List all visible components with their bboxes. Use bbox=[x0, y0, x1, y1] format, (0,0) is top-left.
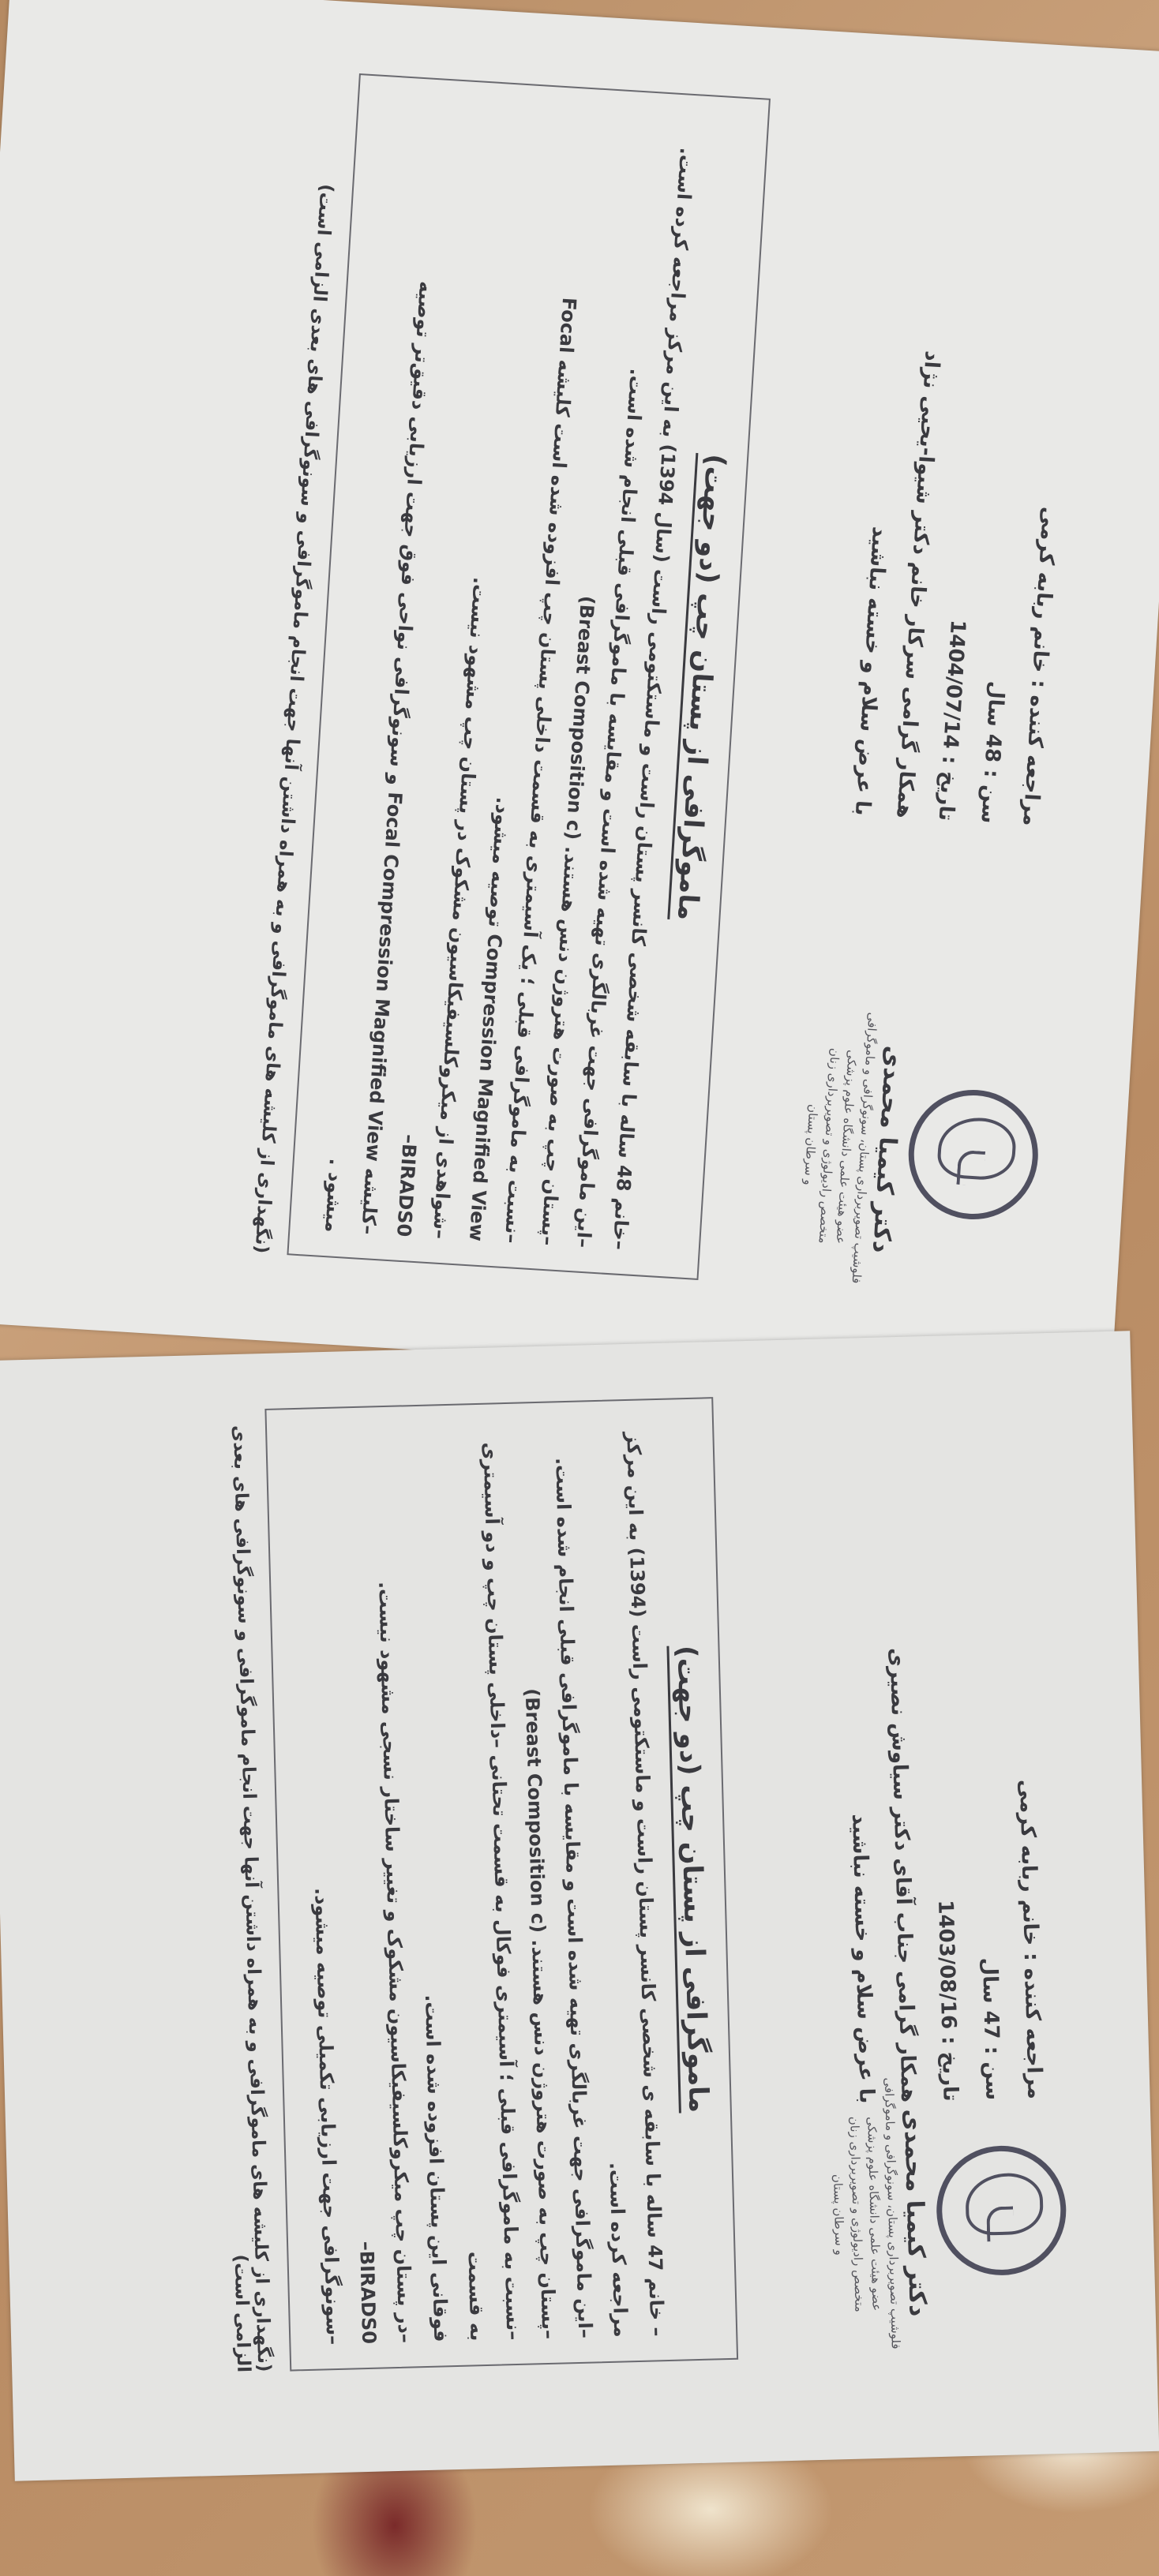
report-findings-box: ماموگرافی از پستان چپ (دو جهت) – خانم 47… bbox=[264, 1397, 738, 2371]
report-footnote: (نگهداری از کلیشه های ماموگرافی و به همر… bbox=[208, 1410, 274, 2373]
report-paper-1404: دکتر کیمیا محمدی فلوشیپ تصویربرداری پستا… bbox=[0, 0, 1159, 1392]
report-title-text: ماموگرافی از پستان چپ (دو جهت) bbox=[666, 1646, 714, 2114]
doctor-credentials: فلوشیپ تصویربرداری پستان، سونوگرافی و ما… bbox=[826, 2063, 905, 2364]
fetus-logo-icon bbox=[935, 2144, 1067, 2277]
clinic-logo-block: دکتر کیمیا محمدی فلوشیپ تصویربرداری پستا… bbox=[826, 2059, 1070, 2365]
patient-info: مراجعه کننده : خانم ربابه کرمی سن : 48 س… bbox=[840, 106, 1093, 828]
clinic-logo-block: دکتر کیمیا محمدی فلوشیپ تصویربرداری پستا… bbox=[793, 994, 1048, 1309]
fetus-logo-icon bbox=[905, 1086, 1042, 1223]
patient-info: مراجعه کننده : خانم ربابه کرمی سن : 47 س… bbox=[827, 1388, 1056, 2104]
report-sheet: دکتر کیمیا محمدی فلوشیپ تصویربرداری پستا… bbox=[42, 1365, 1078, 2401]
report-findings-box: ماموگرافی از پستان چپ (دو جهت) –خانم 48 … bbox=[287, 73, 771, 1280]
report-sheet: دکتر کیمیا محمدی فلوشیپ تصویربرداری پستا… bbox=[11, 33, 1111, 1324]
report-paper-1403: دکتر کیمیا محمدی فلوشیپ تصویربرداری پستا… bbox=[0, 1331, 1159, 2481]
report-title: ماموگرافی از پستان چپ (دو جهت) bbox=[665, 1423, 720, 2336]
report-header: دکتر کیمیا محمدی فلوشیپ تصویربرداری پستا… bbox=[712, 1365, 1078, 2383]
